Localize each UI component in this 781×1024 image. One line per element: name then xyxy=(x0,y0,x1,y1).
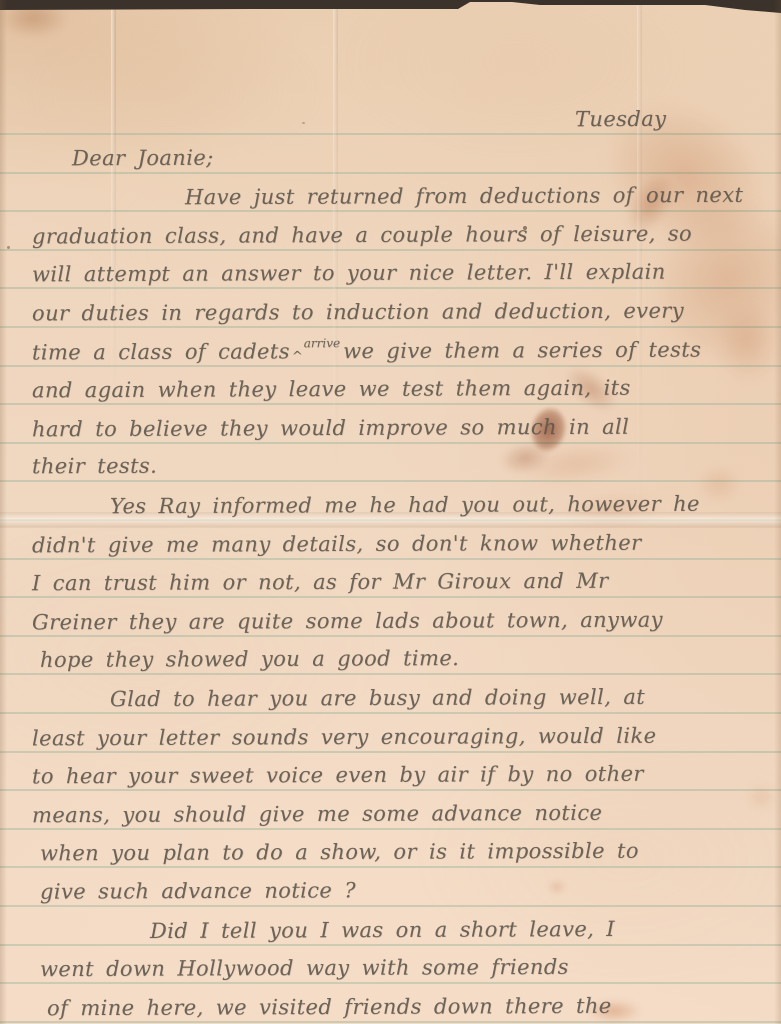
inserted-word: arrive xyxy=(304,336,340,350)
handwritten-line: Did I tell you I was on a short leave, I xyxy=(150,913,615,949)
paper-speck xyxy=(7,246,10,249)
date-line: Tuesday xyxy=(575,103,667,137)
paper-speck xyxy=(302,122,305,124)
handwritten-line: didn't give me many details, so don't kn… xyxy=(32,526,642,563)
paper-right-edge xyxy=(774,0,781,1024)
handwritten-line: Glad to hear you are busy and doing well… xyxy=(110,681,645,717)
handwritten-line: graduation class, and have a couple hour… xyxy=(32,217,692,254)
handwritten-line: time a class of cadets^arrivewe give the… xyxy=(32,333,701,370)
handwritten-line: Have just returned from deductions of ou… xyxy=(185,179,743,215)
insertion-caret: ^ xyxy=(292,349,303,364)
handwritten-line: our duties in regards to induction and d… xyxy=(32,295,684,332)
handwritten-line: went down Hollywood way with some friend… xyxy=(40,951,569,987)
handwritten-line: to hear your sweet voice even by air if … xyxy=(32,758,644,795)
handwritten-line: means, you should give me some advance n… xyxy=(32,797,603,833)
handwriting-layer: TuesdayDear Joanie;Have just returned fr… xyxy=(0,0,781,1024)
handwritten-line: of mine here, we visited friends down th… xyxy=(47,990,612,1024)
handwritten-line: hope they showed you a good time. xyxy=(40,642,459,678)
handwritten-line: will attempt an answer to your nice lett… xyxy=(32,256,666,293)
handwritten-line: hard to believe they would improve so mu… xyxy=(32,410,629,447)
salutation: Dear Joanie; xyxy=(72,141,214,176)
handwritten-line: least your letter sounds very encouragin… xyxy=(32,719,657,756)
letter-scan: TuesdayDear Joanie;Have just returned fr… xyxy=(0,0,781,1024)
handwritten-line: their tests. xyxy=(32,450,157,485)
handwritten-line: Greiner they are quite some lads about t… xyxy=(32,603,663,640)
paper-left-edge xyxy=(0,0,7,1024)
handwritten-line: I can trust him or not, as for Mr Giroux… xyxy=(32,565,609,602)
handwritten-line: when you plan to do a show, or is it imp… xyxy=(40,835,639,872)
handwritten-line: Yes Ray informed me he had you out, howe… xyxy=(110,488,700,525)
handwritten-line: give such advance notice ? xyxy=(40,874,356,909)
handwritten-line: and again when they leave we test them a… xyxy=(32,372,631,409)
paper-speck xyxy=(523,226,527,230)
